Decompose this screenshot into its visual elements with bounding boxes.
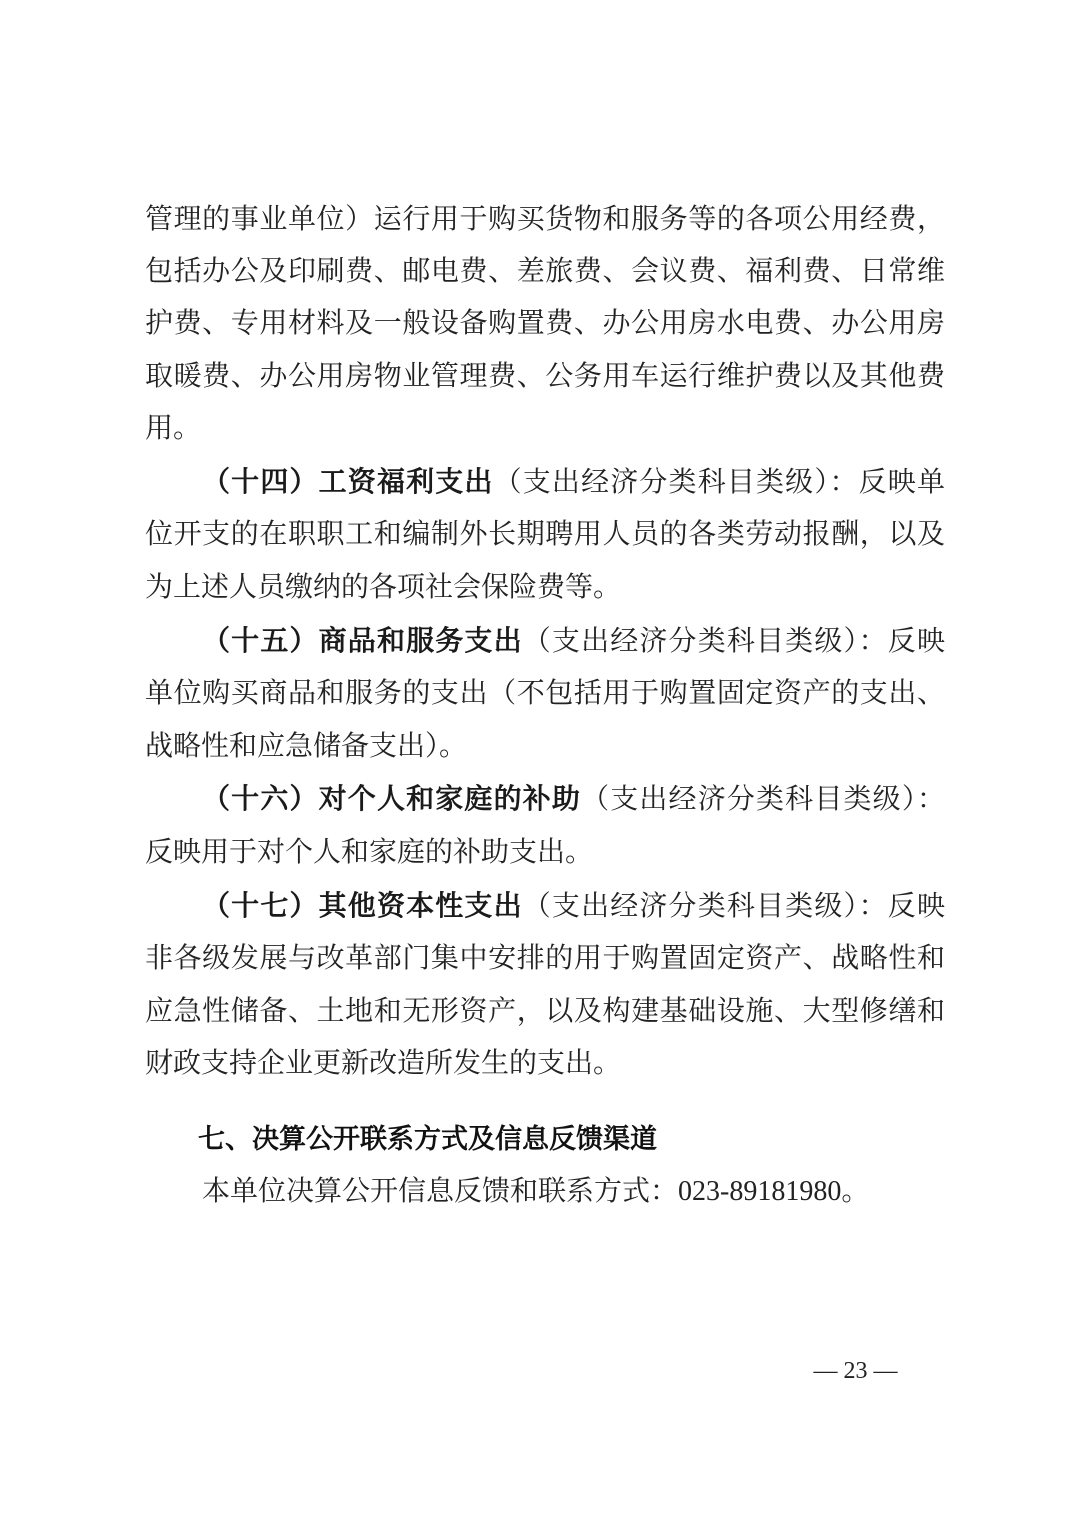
definition-number: （十四） xyxy=(202,465,319,498)
definition-term: 商品和服务支出 xyxy=(319,624,523,657)
definition-text: （支出经济分类科目类级）： xyxy=(581,782,945,815)
contact-end: 。 xyxy=(841,1174,869,1207)
definition-16-line: 反映用于对个人和家庭的补助支出。 xyxy=(145,832,945,872)
definition-17-line: 财政支持企业更新改造所发生的支出。 xyxy=(145,1043,945,1083)
page-number: — 23 — xyxy=(803,1354,908,1388)
contact-phone: 023-89181980 xyxy=(678,1176,841,1207)
paragraph-line: 管理的事业单位）运行用于购买货物和服务等的各项公用经费， xyxy=(145,199,945,239)
definition-number: （十六） xyxy=(202,782,319,815)
definition-text: （支出经济分类科目类级）：反映单 xyxy=(494,465,945,498)
document-page: 管理的事业单位）运行用于购买货物和服务等的各项公用经费， 包括办公及印刷费、邮电… xyxy=(0,0,1074,1520)
contact-label: 本单位决算公开信息反馈和联系方式： xyxy=(202,1174,678,1207)
definition-15-line: 战略性和应急储备支出）。 xyxy=(145,726,945,766)
definition-14-first-line: （十四）工资福利支出（支出经济分类科目类级）：反映单 xyxy=(202,462,945,502)
definition-15-first-line: （十五）商品和服务支出（支出经济分类科目类级）：反映 xyxy=(202,621,945,661)
definition-17-line: 非各级发展与改革部门集中安排的用于购置固定资产、战略性和 xyxy=(145,938,945,978)
definition-term: 对个人和家庭的补助 xyxy=(319,782,581,815)
paragraph-line: 用。 xyxy=(145,408,945,448)
definition-term: 其他资本性支出 xyxy=(319,889,523,922)
definition-number: （十七） xyxy=(202,889,319,922)
definition-15-line: 单位购买商品和服务的支出（不包括用于购置固定资产的支出、 xyxy=(145,673,945,713)
definition-text: （支出经济分类科目类级）：反映 xyxy=(523,889,945,922)
definition-17-line: 应急性储备、土地和无形资产，以及构建基础设施、大型修缮和 xyxy=(145,991,945,1031)
definition-term: 工资福利支出 xyxy=(319,465,494,498)
definition-14-line: 为上述人员缴纳的各项社会保险费等。 xyxy=(145,567,945,607)
definition-17-first-line: （十七）其他资本性支出（支出经济分类科目类级）：反映 xyxy=(202,886,945,926)
section-heading: 七、决算公开联系方式及信息反馈渠道 xyxy=(198,1120,657,1160)
paragraph-line: 取暖费、办公用房物业管理费、公务用车运行维护费以及其他费 xyxy=(145,356,945,396)
contact-line: 本单位决算公开信息反馈和联系方式：023-89181980。 xyxy=(202,1171,869,1211)
paragraph-line: 包括办公及印刷费、邮电费、差旅费、会议费、福利费、日常维 xyxy=(145,251,945,291)
definition-number: （十五） xyxy=(202,624,319,657)
definition-16-first-line: （十六）对个人和家庭的补助（支出经济分类科目类级）： xyxy=(202,779,945,819)
definition-text: （支出经济分类科目类级）：反映 xyxy=(523,624,945,657)
definition-14-line: 位开支的在职职工和编制外长期聘用人员的各类劳动报酬，以及 xyxy=(145,514,945,554)
paragraph-line: 护费、专用材料及一般设备购置费、办公用房水电费、办公用房 xyxy=(145,303,945,343)
